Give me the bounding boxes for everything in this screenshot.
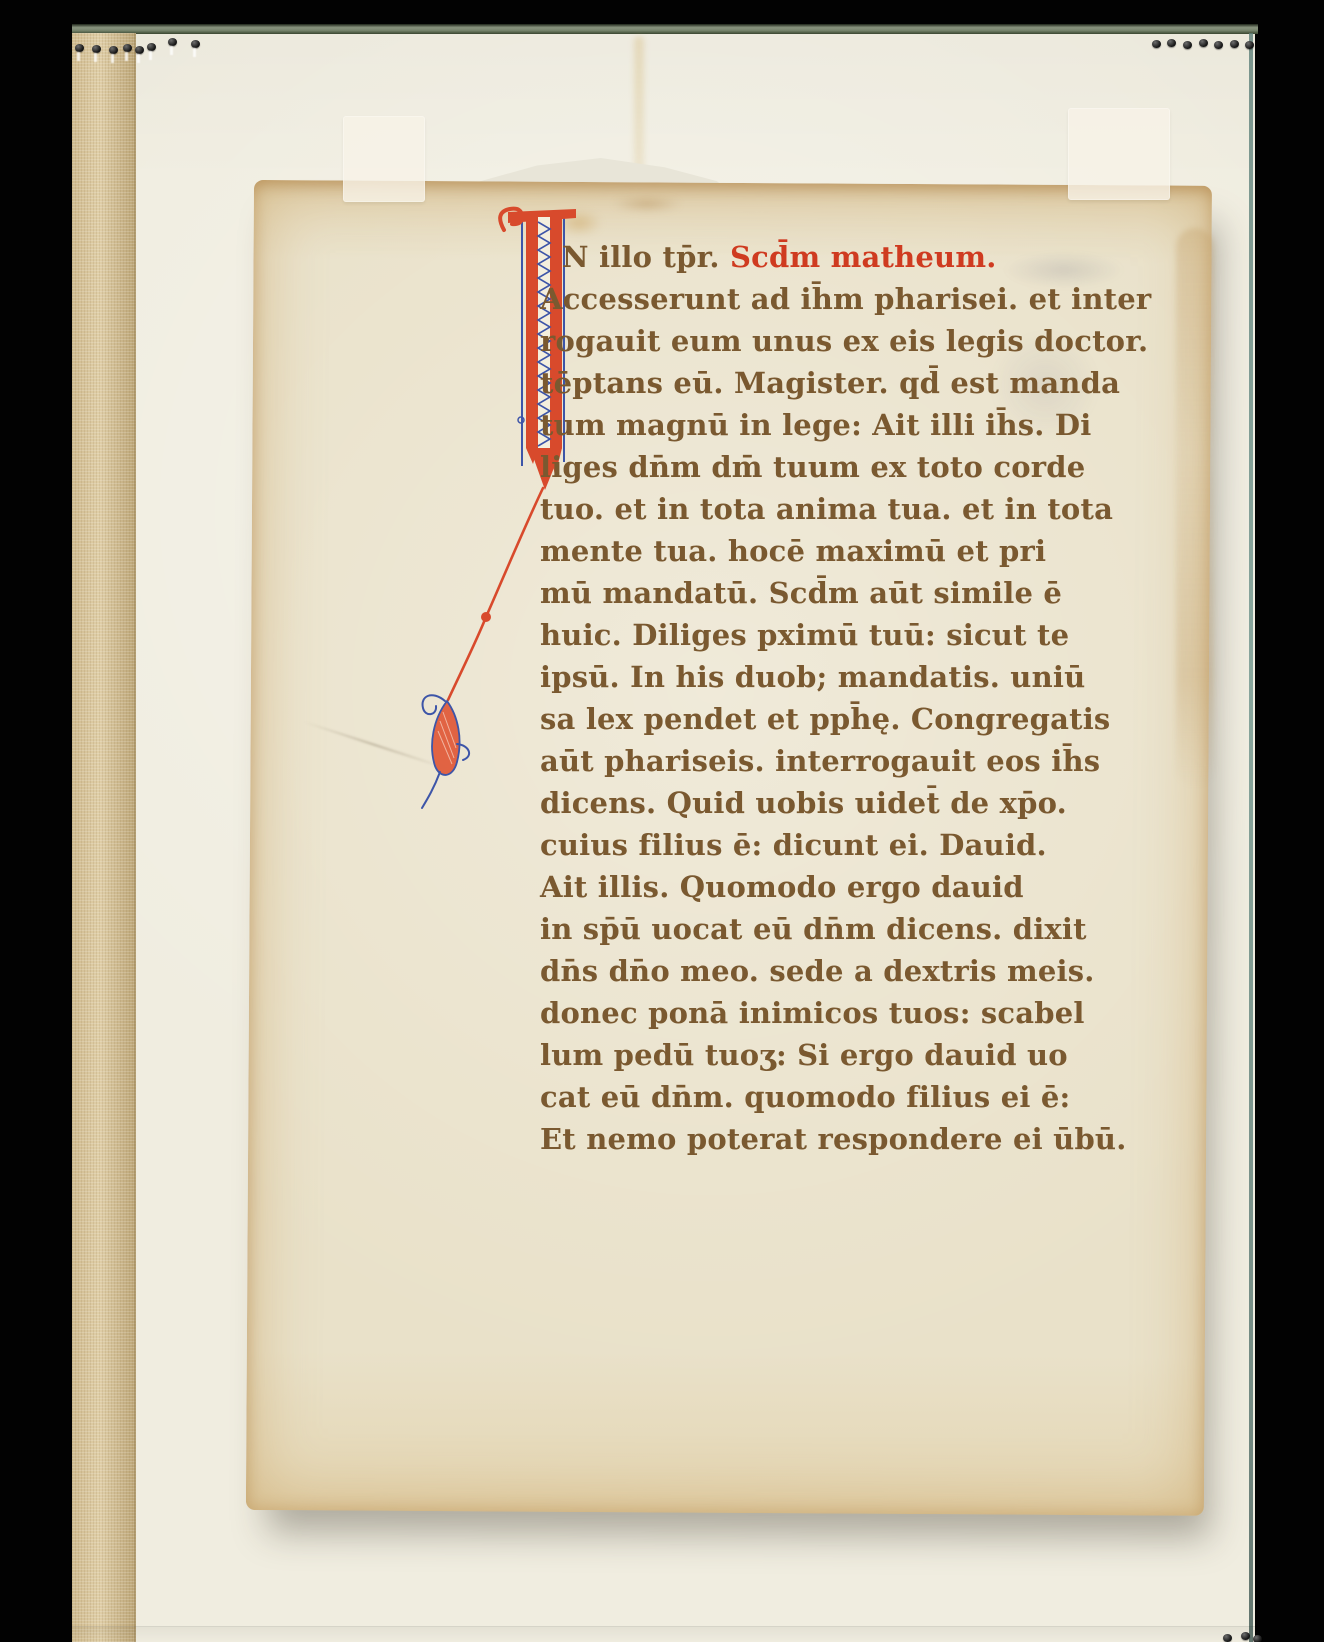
ink-text: tēptans eū. Magister. qd̄ est manda — [540, 366, 1120, 400]
staple-mark — [75, 44, 84, 52]
ink-text: dicens. Quid uobis uidet̄ de xp̄o. — [540, 786, 1067, 820]
staple-mark — [1223, 1634, 1232, 1642]
manuscript-line: cat eū dn̄m. quomodo filius ei ē: — [540, 1076, 1122, 1118]
manuscript-line: Et nemo poterat respondere ei ūbū. — [540, 1118, 1122, 1160]
manuscript-line: aūt phariseis. interrogauit eos ih̄s — [540, 740, 1122, 782]
ink-text: cat eū dn̄m. quomodo filius ei ē: — [540, 1080, 1070, 1114]
ink-text: ipsū. In his duob; mandatis. uniū — [540, 660, 1085, 694]
staple-mark — [147, 43, 156, 51]
ink-text: N illo tp̄r. — [562, 240, 730, 274]
ink-text: tum magnū in lege: Ait illi ih̄s. Di — [540, 408, 1091, 442]
staple-mark — [1245, 41, 1254, 49]
parchment-stain — [612, 196, 682, 212]
staple-mark — [1152, 40, 1161, 48]
manuscript-line: N illo tp̄r. Scd̄m matheum. — [540, 236, 1122, 278]
staple-mark — [109, 46, 118, 54]
staple-mark — [1230, 40, 1239, 48]
rubric-text: Scd̄m matheum. — [730, 240, 997, 274]
tape-hinge-left — [343, 116, 425, 202]
manuscript-line: lum pedū tuoʒ: Si ergo dauid uo — [540, 1034, 1122, 1076]
tape-hinge-right — [1068, 108, 1170, 200]
manuscript-line: tum magnū in lege: Ait illi ih̄s. Di — [540, 404, 1122, 446]
linen-binding-strip — [72, 33, 136, 1642]
staple-mark — [1241, 1632, 1250, 1640]
glass-edge-right — [1249, 33, 1253, 1642]
ink-text: dn̄s dn̄o meo. sede a dextris meis. — [540, 954, 1095, 988]
ink-text: lum pedū tuoʒ: Si ergo dauid uo — [540, 1038, 1068, 1072]
ink-text: sa lex pendet et pph̄ę. Congregatis — [540, 702, 1110, 736]
parchment-edge-stain — [1176, 228, 1214, 788]
manuscript-line: Accesserunt ad ih̄m pharisei. et inter — [540, 278, 1122, 320]
manuscript-line: Ait illis. Quomodo ergo dauid — [540, 866, 1122, 908]
pin-mark — [191, 40, 200, 48]
ink-text: tuo. et in tota anima tua. et in tota — [540, 492, 1113, 526]
manuscript-line: mū mandatū. Scd̄m aūt simile ē — [540, 572, 1122, 614]
ink-text: in sp̄ū uocat eū dn̄m dicens. dixit — [540, 912, 1087, 946]
ink-text: cuius filius ē: dicunt ei. Dauid. — [540, 828, 1047, 862]
staple-mark — [1199, 39, 1208, 47]
manuscript-line: sa lex pendet et pph̄ę. Congregatis — [540, 698, 1122, 740]
staple-mark — [1214, 41, 1223, 49]
ink-text: mente tua. hocē maximū et pri — [540, 534, 1046, 568]
photo-stage: I N il — [0, 0, 1324, 1642]
ink-text: liges dn̄m dm̄ tuum ex toto corde — [540, 450, 1085, 484]
mat-fold-line — [72, 1626, 1255, 1642]
staple-mark — [123, 44, 132, 52]
staple-mark — [1183, 41, 1192, 49]
manuscript-line: donec ponā inimicos tuos: scabel — [540, 992, 1122, 1034]
staple-mark — [1253, 1635, 1262, 1642]
text-block: N illo tp̄r. Scd̄m matheum.Accesserunt a… — [540, 236, 1122, 1160]
manuscript-line: rogauit eum unus ex eis legis doctor. — [540, 320, 1122, 362]
manuscript-line: tēptans eū. Magister. qd̄ est manda — [540, 362, 1122, 404]
manuscript-line: dn̄s dn̄o meo. sede a dextris meis. — [540, 950, 1122, 992]
manuscript-line: cuius filius ē: dicunt ei. Dauid. — [540, 824, 1122, 866]
ink-text: Accesserunt ad ih̄m pharisei. et inter — [540, 282, 1151, 316]
manuscript-line: ipsū. In his duob; mandatis. uniū — [540, 656, 1122, 698]
pin-mark — [168, 38, 177, 46]
ink-text: aūt phariseis. interrogauit eos ih̄s — [540, 744, 1100, 778]
manuscript-line: mente tua. hocē maximū et pri — [540, 530, 1122, 572]
ink-text: Ait illis. Quomodo ergo dauid — [540, 870, 1024, 904]
staple-mark — [135, 46, 144, 54]
manuscript-line: huic. Diliges pximū tuū: sicut te — [540, 614, 1122, 656]
ink-text: rogauit eum unus ex eis legis doctor. — [540, 324, 1148, 358]
ink-text: donec ponā inimicos tuos: scabel — [540, 996, 1085, 1030]
ink-text: mū mandatū. Scd̄m aūt simile ē — [540, 576, 1062, 610]
ink-text: Et nemo poterat respondere ei ūbū. — [540, 1122, 1127, 1156]
staple-mark — [92, 45, 101, 53]
staple-mark — [1167, 39, 1176, 47]
manuscript-line: in sp̄ū uocat eū dn̄m dicens. dixit — [540, 908, 1122, 950]
manuscript-line: tuo. et in tota anima tua. et in tota — [540, 488, 1122, 530]
glass-edge-top — [72, 24, 1258, 34]
ink-text: huic. Diliges pximū tuū: sicut te — [540, 618, 1069, 652]
manuscript-line: liges dn̄m dm̄ tuum ex toto corde — [540, 446, 1122, 488]
manuscript-line: dicens. Quid uobis uidet̄ de xp̄o. — [540, 782, 1122, 824]
